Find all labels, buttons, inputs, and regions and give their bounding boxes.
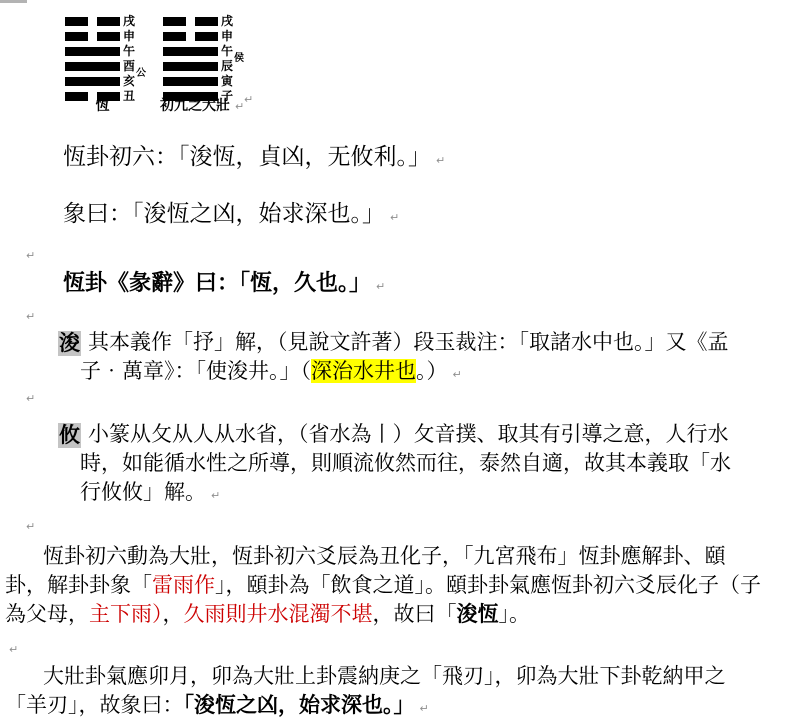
- entry-text-line: 子‧萬章》：「使浚井。」（深治水井也。）↵: [80, 357, 795, 389]
- hexagram-line: 丑: [65, 89, 175, 104]
- paragraph-line: 大壯卦氣應卯月，卯為大壯上卦震納庚之「飛刃」，卯為大壯下卦乾納甲之: [5, 662, 795, 691]
- paragraph-mark-icon: ↵: [420, 702, 429, 715]
- najia-branch-label: 亥: [123, 74, 135, 89]
- hexagram-diagram-heng: 恆 戌申午酉公亥丑: [65, 14, 175, 114]
- yao-bar-broken: [65, 92, 120, 101]
- entry-text: 行攸攸」解。: [80, 480, 206, 504]
- tuan-commentary-line[interactable]: 恆卦《彖辭》曰：「恆，久也。」↵: [63, 266, 385, 297]
- paragraph-line: 為父母，主下雨），久雨則井水混濁不堪，故曰「浚恆」。: [5, 600, 795, 629]
- paragraph-mark-icon: ↵: [453, 368, 462, 381]
- hexagram-line: 亥: [65, 74, 175, 89]
- yellow-highlighted-text: 深治水井也: [311, 359, 416, 383]
- hexagram-line: 子↵: [163, 89, 273, 104]
- paragraph-mark-icon: ↵: [211, 489, 220, 502]
- hexagram-line: 寅: [163, 74, 273, 89]
- entry-text: 子‧萬章》：「使浚井。」（: [80, 359, 311, 383]
- xiang-commentary-line[interactable]: 象曰：「浚恆之凶，始求深也。」↵: [63, 195, 399, 228]
- paragraph-mark-icon: ↵: [26, 249, 35, 262]
- paragraph-text: 」。: [499, 602, 531, 626]
- dictionary-entry-you[interactable]: 攸 小篆从攵从人从水省，（省水為丨）攵音撲、取其有引導之意，人行水 時，如能循水…: [0, 420, 795, 510]
- najia-branch-label: 戌: [221, 14, 233, 29]
- window-edge-artifact: [0, 0, 27, 3]
- yao-bar-solid: [65, 47, 120, 56]
- paragraph-mark-icon: ↵: [390, 211, 399, 224]
- paragraph-mark-icon: ↵: [376, 280, 385, 293]
- najia-branch-label: 申: [123, 29, 135, 44]
- najia-branch-label: 丑: [123, 89, 135, 104]
- entry-text-line: 小篆从攵从人从水省，（省水為丨）攵音撲、取其有引導之意，人行水: [80, 420, 795, 449]
- paragraph-text: ，故曰「: [373, 602, 457, 626]
- entry-text: 。）: [416, 359, 448, 383]
- najia-branch-label: 酉: [123, 59, 135, 74]
- paragraph-mark-icon: ↵: [9, 643, 18, 656]
- najia-branch-label: 辰: [221, 59, 233, 74]
- hexagram-line: 戌: [65, 14, 175, 29]
- yao-bar-solid: [65, 77, 120, 86]
- entry-text: 小篆从攵从人从水省，（省水為丨）攵音撲、取其有引導之意，人行水: [88, 422, 729, 446]
- hexagram-line: 酉公: [65, 59, 175, 74]
- bold-term-junheng: 浚恆: [457, 602, 499, 626]
- hexagram-line: 申: [163, 29, 273, 44]
- word-document-page: { "marks": { "pilcrow": "↵" }, "colors":…: [0, 0, 795, 725]
- yao-bar-broken: [65, 17, 120, 26]
- entry-text-line: 時，如能循水性之所導，則順流攸然而往，泰然自適，故其本義取「水: [80, 449, 795, 478]
- paragraph-line: 卦，解卦卦象「雷雨作」，頤卦為「飲食之道」。頤卦卦氣應恆卦初六爻辰化子（子: [5, 571, 795, 600]
- entry-headword-jun: 浚: [58, 331, 81, 356]
- najia-branch-label: 午: [221, 44, 233, 59]
- entry-text-line: 行攸攸」解。↵: [80, 478, 795, 510]
- yao-bar-solid: [163, 62, 218, 71]
- paragraph-text: 大壯卦氣應卯月，卯為大壯上卦震納庚之「飛刃」，卯為大壯下卦乾納甲之: [43, 664, 726, 688]
- paragraph-mark-icon: ↵: [26, 392, 35, 405]
- paragraph-text: 卦，解卦卦象「: [5, 573, 152, 597]
- dictionary-entry-jun[interactable]: 浚 其本義作「抒」解，（見說文許著）段玉裁注：「取諸水中也。」又《孟 子‧萬章》…: [0, 328, 795, 389]
- yao-bar-broken: [65, 32, 120, 41]
- analysis-paragraph-1[interactable]: 恆卦初六動為大壯，恆卦初六爻辰為丑化子，「九宮飛布」恆卦應解卦、頤 卦，解卦卦象…: [5, 542, 795, 629]
- entry-text: 時，如能循水性之所導，則順流攸然而往，泰然自適，故其本義取「水: [80, 451, 731, 475]
- yao-bar-broken: [163, 17, 218, 26]
- hexagram-line: 戌: [163, 14, 273, 29]
- paragraph-text: 「羊刃」，故象曰：: [5, 693, 184, 717]
- hexagram-line: 辰: [163, 59, 273, 74]
- yao-bar-solid: [163, 92, 218, 101]
- paragraph-line: 「羊刃」，故象曰：「浚恆之凶，始求深也。」↵: [5, 691, 795, 723]
- najia-branch-label: 戌: [123, 14, 135, 29]
- red-annotation-text: 雷雨作: [152, 573, 215, 597]
- paragraph-mark-icon: ↵: [26, 520, 35, 533]
- red-annotation-text: 主下雨）: [89, 602, 163, 626]
- najia-branch-label: 子: [221, 89, 233, 104]
- najia-branch-label: 申: [221, 29, 233, 44]
- paragraph-text: 」，頤卦為「飲食之道」。頤卦卦氣應恆卦初六爻辰化子（子: [215, 573, 761, 597]
- paragraph-text: 為父母，: [5, 602, 89, 626]
- paragraph-line: 恆卦初六動為大壯，恆卦初六爻辰為丑化子，「九宮飛布」恆卦應解卦、頤: [5, 542, 795, 571]
- paragraph-mark-icon: ↵: [436, 154, 445, 167]
- bold-xiang-quote: 「浚恆之凶，始求深也。」: [184, 693, 415, 717]
- yao-bar-solid: [163, 77, 218, 86]
- hexagram-diagram-dazhuang: 初九之大壯↵ 戌申午侯辰寅子↵: [163, 14, 273, 114]
- paragraph-mark-icon: ↵: [26, 310, 35, 323]
- hexagram-line: 午: [65, 44, 175, 59]
- najia-branch-label: 寅: [221, 74, 233, 89]
- yao-bar-solid: [65, 62, 120, 71]
- yao-bar-solid: [163, 47, 218, 56]
- najia-branch-label: 午: [123, 44, 135, 59]
- hexagram-line: 申: [65, 29, 175, 44]
- yao-scripture-line[interactable]: 恆卦初六：「浚恆，貞凶，无攸利。」↵: [63, 138, 445, 171]
- paragraph-mark-icon: ↵: [244, 93, 253, 106]
- paragraph-text: ，: [163, 602, 184, 626]
- paragraph-text: 恆卦初六動為大壯，恆卦初六爻辰為丑化子，「九宮飛布」恆卦應解卦、頤: [43, 544, 726, 568]
- yao-scripture-text: 恆卦初六：「浚恆，貞凶，无攸利。」: [63, 144, 431, 169]
- hexagram-line: 午侯: [163, 44, 273, 59]
- entry-text-line: 其本義作「抒」解，（見說文許著）段玉裁注：「取諸水中也。」又《孟: [80, 328, 795, 357]
- red-annotation-text: 久雨則井水混濁不堪: [184, 602, 373, 626]
- tuan-commentary-text: 恆卦《彖辭》曰：「恆，久也。」: [63, 270, 371, 295]
- entry-text: 其本義作「抒」解，（見說文許著）段玉裁注：「取諸水中也。」又《孟: [88, 330, 729, 354]
- xiang-commentary-text: 象曰：「浚恆之凶，始求深也。」: [63, 201, 385, 226]
- analysis-paragraph-2[interactable]: 大壯卦氣應卯月，卯為大壯上卦震納庚之「飛刃」，卯為大壯下卦乾納甲之 「羊刃」，故…: [5, 662, 795, 723]
- yao-bar-broken: [163, 32, 218, 41]
- entry-headword-you: 攸: [58, 423, 81, 448]
